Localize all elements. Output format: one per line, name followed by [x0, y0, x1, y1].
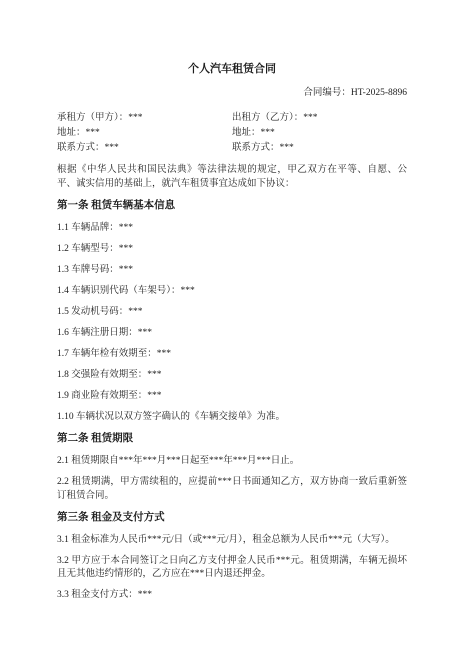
clause-1-5: 1.5 发动机号码：***: [57, 306, 407, 320]
lessee-address: 地址：***: [57, 126, 232, 141]
clause-1-4: 1.4 车辆识别代码（车架号）：***: [57, 285, 407, 299]
clause-1-10: 1.10 车辆状况以双方签字确认的《车辆交接单》为准。: [57, 411, 407, 425]
lessor-name: 出租方（乙方）：***: [232, 111, 407, 126]
clause-1-9: 1.9 商业险有效期至：***: [57, 390, 407, 404]
clause-2-1: 2.1 租赁期限自***年***月***日起至***年***月***日止。: [57, 455, 407, 469]
clause-1-8: 1.8 交强险有效期至：***: [57, 369, 407, 383]
section-2-heading: 第二条 租赁期限: [57, 432, 407, 446]
clause-1-1: 1.1 车辆品牌：***: [57, 222, 407, 236]
parties-block: 承租方（甲方）：*** 地址：*** 联系方式：*** 出租方（乙方）：*** …: [57, 111, 407, 156]
document-title: 个人汽车租赁合同: [57, 62, 407, 76]
lessee-name: 承租方（甲方）：***: [57, 111, 232, 126]
intro-paragraph: 根据《中华人民共和国民法典》等法律法规的规定，甲乙双方在平等、自愿、公平、诚实信…: [57, 164, 407, 191]
clause-2-2: 2.2 租赁期满，甲方需续租的，应提前***日书面通知乙方，双方协商一致后重新签…: [57, 476, 407, 503]
lessee-contact: 联系方式：***: [57, 141, 232, 156]
contract-number: 合同编号：HT-2025-8896: [57, 87, 407, 100]
clause-1-7: 1.7 车辆年检有效期至：***: [57, 348, 407, 362]
lessee-info: 承租方（甲方）：*** 地址：*** 联系方式：***: [57, 111, 232, 156]
clause-3-2: 3.2 甲方应于本合同签订之日向乙方支付押金人民币***元。租赁期满，车辆无损坏…: [57, 555, 407, 582]
section-3-heading: 第三条 租金及支付方式: [57, 511, 407, 525]
clause-1-6: 1.6 车辆注册日期：***: [57, 327, 407, 341]
contract-document-page: 个人汽车租赁合同 合同编号：HT-2025-8896 承租方（甲方）：*** 地…: [0, 0, 463, 655]
lessor-contact: 联系方式：***: [232, 141, 407, 156]
clause-3-1: 3.1 租金标准为人民币***元/日（或***元/月），租金总额为人民币***元…: [57, 534, 407, 548]
section-1-heading: 第一条 租赁车辆基本信息: [57, 199, 407, 213]
clause-1-2: 1.2 车辆型号：***: [57, 243, 407, 257]
lessor-address: 地址：***: [232, 126, 407, 141]
clause-1-3: 1.3 车牌号码：***: [57, 264, 407, 278]
lessor-info: 出租方（乙方）：*** 地址：*** 联系方式：***: [232, 111, 407, 156]
clause-3-3: 3.3 租金支付方式：***: [57, 589, 407, 603]
